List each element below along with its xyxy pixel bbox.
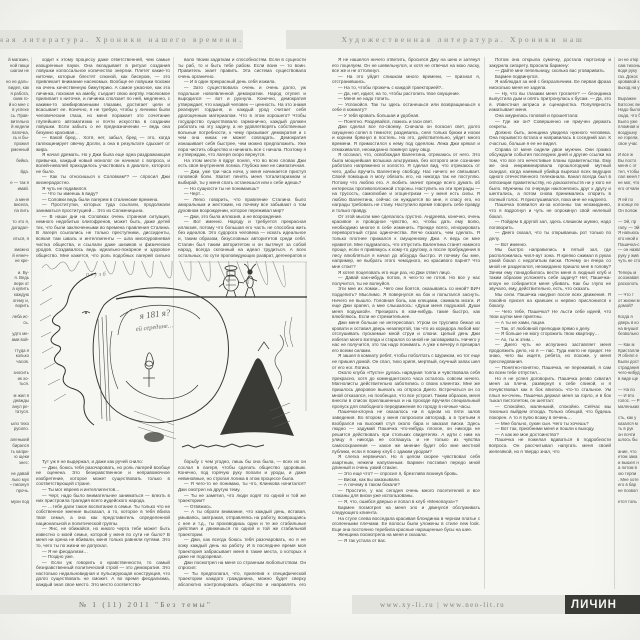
paragraph: — Вот так, приобними меня и пошли к выхо… <box>489 426 611 432</box>
paragraph: Около клуба «Пусти» дулась нарядная толп… <box>332 370 480 409</box>
edge-line: выход на у <box>618 85 640 91</box>
paragraph: Я начал дремать. Но у Джи была еще одна … <box>36 152 170 174</box>
paragraph: На этом месте я вдруг понял, что во всех… <box>178 158 306 169</box>
section-title-banner: ЛИЧИН <box>565 595 640 614</box>
website-links: www.xy-li.ru | www.neo-lit.ru <box>380 601 505 609</box>
paragraph: — Джи, боюсь тебя разочаровать, но роль … <box>36 465 170 487</box>
edge-line: безвольно <box>618 331 640 337</box>
paragraph: — Где же он? Совершенно не приучен держа… <box>489 119 611 130</box>
paragraph: — Я, что, ошибся дверью и попал в клуб «… <box>332 499 480 505</box>
profile-face <box>40 273 96 425</box>
edge-line: чуть не сто <box>618 258 640 264</box>
paragraph: — Диего сказал, что ты открываешь рот то… <box>489 230 611 241</box>
paragraph: Должно быть, женщина увидела нужного чел… <box>489 130 611 147</box>
edge-line: Он полож <box>618 208 640 214</box>
paragraph: Мы быстро направились в пятый зал, где р… <box>489 247 611 292</box>
edge-line: сюда, что б <box>618 113 640 119</box>
dark-triangle <box>220 358 294 436</box>
bottom-scribble <box>182 444 264 448</box>
edge-line: мухи под <box>2 499 29 505</box>
paragraph: — В наши дни на Соловках очень странная … <box>36 214 170 259</box>
paragraph: борьбу с чем угодно, лишь бы она была, —… <box>178 459 306 481</box>
edge-line: голос. — Р <box>618 398 640 404</box>
column-rule <box>31 57 32 590</box>
running-head-right-text: Художественная литература. Хроники наш <box>341 35 584 44</box>
edge-line: шлось бы <box>618 437 640 443</box>
footer-band-left: № 1 (11) 2011 "Без темы" <box>0 595 291 614</box>
footer-band-right: www.xy-li.ru | www.neo-lit.ru ЛИЧИН <box>352 595 640 614</box>
edge-line: маленьких <box>618 404 640 410</box>
edge-line: водя руку <box>618 68 640 74</box>
paragraph: На стуле слева восседала красивая блонди… <box>332 516 480 533</box>
edge-line: расколоть <box>618 281 640 287</box>
paragraph: — Вот именно. Народу и требуется прекрас… <box>178 219 306 259</box>
paragraph: От этой мысли мне сделалось грустно. Анд… <box>332 214 480 270</box>
paragraph: — Как ты относишься к Соловкам*? — спрос… <box>36 174 170 185</box>
edge-line: в виде ще <box>618 376 640 382</box>
paragraph: вало твоим задаткам и способностям. Если… <box>178 57 306 79</box>
edge-line: Были дост <box>618 359 640 365</box>
paragraph: — Если уж говорить о нравственности, то … <box>36 560 170 588</box>
paragraph: — Ну, что вы глазами меня трогаете? — бл… <box>489 91 611 113</box>
paragraph: — Простите, у нас сегодня очень много по… <box>332 488 480 499</box>
paragraph: — Понятно-понятно, Пашечка, не переживай… <box>489 365 611 376</box>
paragraph: — Я больше не могу сторожить твою кварти… <box>489 331 611 337</box>
left-page-edge-column-cut: й магазин,ной пищишагом нено не даль-вид… <box>2 57 29 590</box>
paragraph: Джи сделал все по-своему. Сначала он пог… <box>332 124 480 152</box>
paragraph: — Давай как-нибудь потом, я чего-то не г… <box>332 275 480 286</box>
right-page-column-1: Я не нашелся ничего ответить, бросился Д… <box>332 57 480 589</box>
paragraph: — Я чего-то не понимаю, ты что, Клинкова… <box>178 481 306 492</box>
edge-line: дверь в ко <box>618 320 640 326</box>
left-page-column-1-top: ходит к этому процессу даже ответственне… <box>36 57 170 259</box>
paragraph: Джи меня больше не интересовал. Утром он… <box>332 320 480 354</box>
handwriting-line-1: я 181 я? <box>138 307 171 321</box>
paragraph: — На это уйдет слишком много времени, — … <box>332 74 480 85</box>
paragraph: ходит к этому процессу даже ответственне… <box>36 57 170 135</box>
paragraph: Я зашел в комнату ребят, чтобы поболтать… <box>332 353 480 370</box>
paragraph: Я наблюдал за ней с безразличием. Ее пер… <box>489 79 611 90</box>
paragraph: — Ты предполагал, что, прилепив к специф… <box>178 571 306 589</box>
column-rule <box>614 57 615 589</box>
paragraph: — Это еще что? — спросил я, брезгливо вс… <box>332 471 480 477</box>
halo <box>225 266 237 270</box>
running-head-band-left: ная литература. Хроники нашего времени. <box>0 30 243 49</box>
paragraph: — Диего чуть не испуганно заставляет мен… <box>489 342 611 364</box>
ink-blob <box>144 432 164 442</box>
nail-figure-doodle <box>143 353 155 387</box>
paragraph: — Какой бред… Хотя, нет, забыл, бред — э… <box>36 135 170 152</box>
right-page-edge-column-cut: он не открсам тихонькводя рукугаз. Докос… <box>618 57 640 589</box>
issue-line: № 1 (11) 2011 "Без темы" <box>79 600 212 609</box>
edge-line: не позвол <box>618 488 640 494</box>
paragraph: Я не нашелся ничего ответить, бросился Д… <box>332 57 480 74</box>
column-rule <box>484 57 485 589</box>
right-page-column-2: Потом она открыла сумочку, достала портс… <box>489 57 611 589</box>
paragraph: — Спокойно, маленький, спокойно. Сейчас … <box>489 404 611 421</box>
newspaper-spread-scan: ная литература. Хроники нашего времени. … <box>0 0 640 640</box>
paragraph: — Легко говорить, что правление Сталина … <box>178 197 306 214</box>
handwriting-word: п с у з б <box>86 271 107 278</box>
edge-line: он не откр <box>618 57 640 63</box>
edge-line: свое учас <box>618 141 640 147</box>
edge-line: его отчаян <box>618 186 640 192</box>
running-head-band-right: Художественная литература. Хроники наш <box>286 30 640 49</box>
paragraph: — Джи, как всегда боюсь тебя разочароват… <box>178 537 306 559</box>
paragraph: Пашечки-клоуна не оказалось ни в одном и… <box>332 409 480 454</box>
paragraph: — Пойдем в другой зал, здесь слишком шум… <box>489 219 611 230</box>
ant-figures <box>219 264 257 297</box>
paragraph: Мы сели. Пашечка накурил после всех движ… <box>489 292 611 309</box>
section-title-text: ЛИЧИН <box>571 599 617 611</box>
edge-line: етом зака <box>618 454 640 460</box>
edge-line: — он назва <box>618 247 640 253</box>
paragraph: — А ты обрати внимание, что каждый день,… <box>178 509 306 537</box>
paragraph: — Джи, уже три часа ночи, у меня начинае… <box>178 169 306 186</box>
paragraph: Я слегка нервничал. Но в целом скорее чу… <box>332 454 480 471</box>
paragraph: — Черт, надо было внимательнее заниматьс… <box>36 493 170 504</box>
paragraph: — Успокойся. Так ты здесь останешься или… <box>332 102 480 113</box>
paragraph: Эти мне их ломки… Чего они боятся, оказы… <box>332 286 480 320</box>
edge-line: ется толь <box>618 499 640 505</box>
flag-doodle <box>258 342 269 351</box>
handwriting-line-2: ей середине… <box>135 322 174 333</box>
left-page-column-2-bottom: борьбу с чем угодно, лишь бы она была, —… <box>178 459 306 589</box>
left-page-column-2-top: вало твоим задаткам и способностям. Если… <box>178 57 306 259</box>
paragraph: Я осознал, что, освобождая Валентина, от… <box>332 152 480 214</box>
edge-line: не мог, что <box>618 180 640 186</box>
paragraph: — Ты не заметил, что люди ходят по одной… <box>178 493 306 504</box>
paragraph: Но я не успел договорить. Пашечка резво … <box>489 376 611 404</box>
edge-line: осознавая <box>618 275 640 281</box>
paragraph: — Чего тебе, Пашечка? Не льсти себе идее… <box>489 309 611 320</box>
paragraph: Бармен посмотрел на меня зло и двинулся … <box>332 505 480 516</box>
paragraph: Справа от меня сидели двое мужчин. Они г… <box>489 147 611 203</box>
left-page-column-1-bottom: Тут уж я не выдержал, и даже как ручей с… <box>36 459 170 589</box>
paragraph: — Проститутки, которых туда ссылали, про… <box>36 202 170 213</box>
ink-illustration: п с у з б я 181 я? ей середине… <box>34 261 308 457</box>
paragraph: Джи посмотрел на меня со странным любопы… <box>178 560 306 571</box>
paragraph: — Зато существовала очень и очень долго,… <box>178 85 306 158</box>
paragraph: — …тебе дали такое воспитание в семье. Т… <box>36 504 170 526</box>
horizon-line <box>116 296 307 299</box>
edge-line: пломная и <box>618 124 640 130</box>
paragraph: — Я так устала от вас. <box>332 538 480 544</box>
edge-line: кто иной к <box>618 236 640 242</box>
paragraph: — Янс, не обижайся, но никого черта тебе… <box>36 526 170 548</box>
running-head-left-text: ная литература. Хроники нашего времени. <box>0 35 243 44</box>
paragraph: Потом она открыла сумочку, достала портс… <box>489 57 611 68</box>
paragraph: — Дайте мне пепельницу, сколько вас угов… <box>489 68 611 74</box>
paragraph: Пашечка не пожелал вдаваться в подробнос… <box>489 437 611 454</box>
paragraph: Пашечка появился из-за колонны так неожи… <box>489 202 611 219</box>
